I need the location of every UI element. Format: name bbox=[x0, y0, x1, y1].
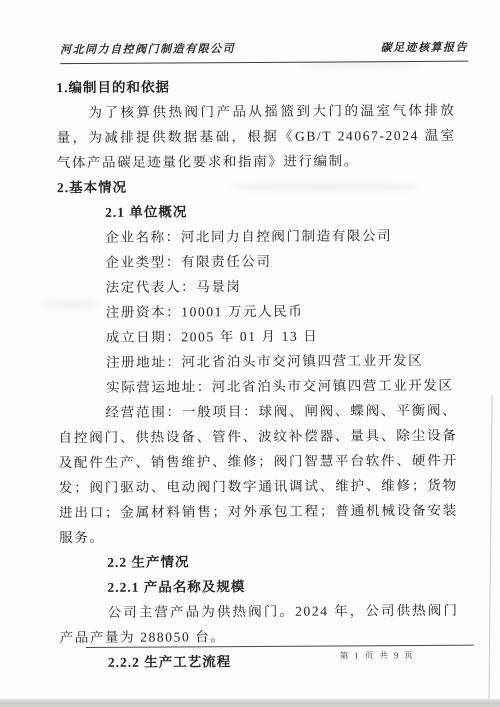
production-scale-paragraph: 公司主营产品为供热阀门。2024 年，公司供热阀门产品产量为 288050 台。 bbox=[60, 598, 459, 650]
section-1-paragraph: 为了核算供热阀门产品从摇篮到大门的温室气体排放量，为减排提供数据基础，根据《GB… bbox=[56, 98, 455, 175]
document-body: 1.编制目的和依据 为了核算供热阀门产品从摇篮到大门的温室气体排放量，为减排提供… bbox=[56, 73, 459, 675]
header-company-name: 河北同力自控阀门制造有限公司 bbox=[60, 40, 235, 57]
document-header: 河北同力自控阀门制造有限公司 碳足迹核算报告 bbox=[60, 39, 468, 64]
header-report-title: 碳足迹核算报告 bbox=[381, 39, 469, 56]
footer-page-number: 第 1 页 共 9 页 bbox=[340, 649, 415, 661]
field-operating-address: 实际营运地址：河北省泊头市交河镇四营工业开发区 bbox=[106, 373, 457, 400]
field-registered-address: 注册地址：河北省泊头市交河镇四营工业开发区 bbox=[106, 348, 457, 375]
business-scope-paragraph: 经营范围：一般项目：球阀、闸阀、蝶阀、平衡阀、自控阀门、供热设备、管件、波纹补偿… bbox=[58, 398, 458, 550]
field-company-name: 企业名称：河北同力自控阀门制造有限公司 bbox=[105, 223, 456, 250]
scanned-document-page: 河北同力自控阀门制造有限公司 碳足迹核算报告 1.编制目的和依据 为了核算供热阀… bbox=[0, 0, 500, 707]
field-legal-representative: 法定代表人：马景岗 bbox=[106, 273, 457, 300]
field-registered-capital: 注册资本：10001 万元人民币 bbox=[106, 298, 457, 325]
section-2-2-title: 2.2 生产情况 bbox=[107, 548, 458, 575]
section-1-title: 1.编制目的和依据 bbox=[56, 73, 455, 100]
scanner-bottom-edge bbox=[0, 699, 500, 707]
section-2-2-1-title: 2.2.1 产品名称及规模 bbox=[107, 573, 458, 600]
field-establishment-date: 成立日期：2005 年 01 月 13 日 bbox=[106, 323, 457, 350]
page-content: 河北同力自控阀门制造有限公司 碳足迹核算报告 1.编制目的和依据 为了核算供热阀… bbox=[0, 0, 500, 707]
section-2-1-title: 2.1 单位概况 bbox=[105, 198, 456, 225]
field-company-type: 企业类型：有限责任公司 bbox=[105, 248, 456, 275]
section-2-title: 2.基本情况 bbox=[57, 173, 456, 200]
